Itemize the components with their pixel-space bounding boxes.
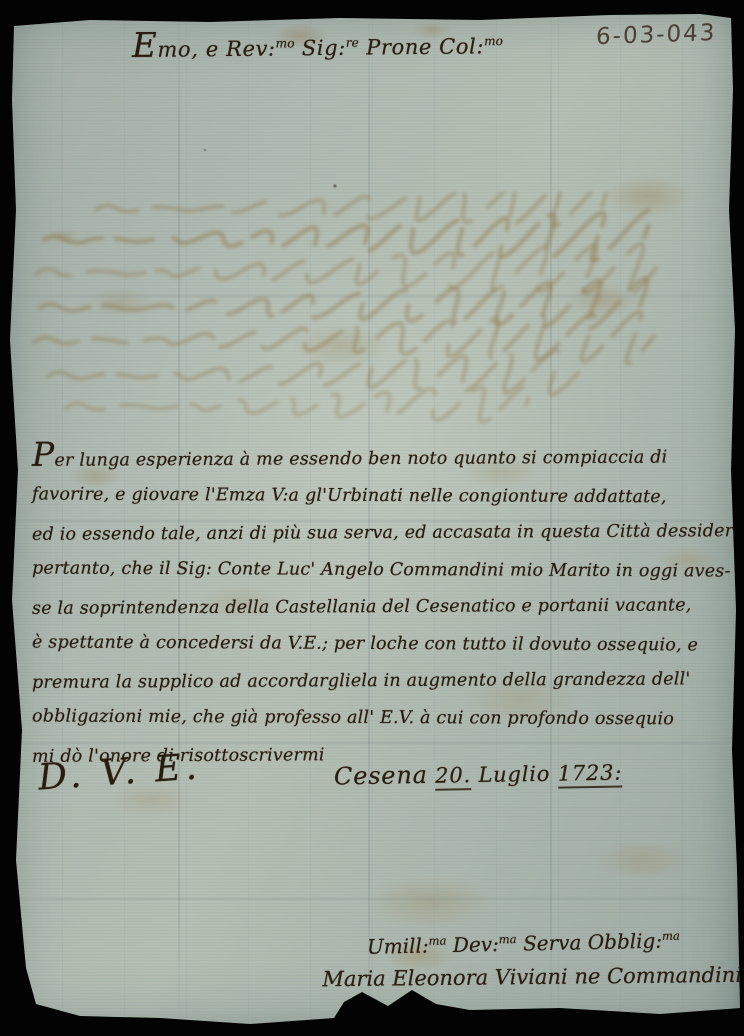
salutation-superscript: mo [276, 36, 295, 50]
signature-superscript: ma [428, 933, 446, 947]
body-line: obbligazioni mie, che già professo all' … [32, 698, 738, 738]
salutation-text: Prone Col: [359, 34, 484, 59]
signature-text: Umill: [367, 934, 429, 959]
dateline-month: Luglio [471, 762, 558, 788]
dateline-day: 20. [435, 763, 471, 791]
body-line: è spettante à concedersi da V.E.; per lo… [32, 624, 738, 664]
salutation-text: Sig: [294, 36, 346, 61]
dateline: Cesena 20. Luglio 1723: [334, 757, 623, 790]
archive-reference-number: 6-03-043 [596, 20, 717, 50]
signature-text: Serva Obblig: [516, 929, 662, 956]
salutation-superscript: mo [484, 34, 503, 48]
signature-superscript: ma [499, 932, 517, 946]
signature-line-name: Maria Eleonora Viviani ne Commandini [322, 963, 742, 991]
body-line: se la soprintendenza della Castellania d… [32, 587, 738, 628]
photo-background: Emo, e Rev:mo Sig:re Prone Col:mo 6-03-0… [0, 0, 744, 1036]
body-line: ed io essendo tale, anzi di più sua serv… [32, 513, 738, 554]
signature-block: Umill:ma Dev:ma Serva Obblig:ma Maria El… [322, 932, 742, 989]
signature-superscript: ma [662, 929, 680, 943]
signature-line-courtesy: Umill:ma Dev:ma Serva Obblig:ma [322, 928, 680, 959]
dateline-year: 1723: [557, 760, 622, 788]
letter-body: Per lunga esperienza à me essendo ben no… [32, 434, 738, 774]
body-line: favorire, e giovare l'Emza V:a gl'Urbina… [32, 476, 738, 516]
body-line: Per lunga esperienza à me essendo ben no… [32, 432, 738, 480]
body-line: premura la supplico ad accordargliela in… [32, 661, 738, 702]
fold-crease-horizontal [0, 898, 744, 900]
salutation-superscript: re [346, 36, 359, 50]
salutation-text: Emo, e Rev: [132, 36, 276, 62]
body-line: pertanto, che il Sig: Conte Luc' Angelo … [32, 550, 738, 590]
bleedthrough-ink [26, 192, 718, 438]
salutation: Emo, e Rev:mo Sig:re Prone Col:mo [132, 22, 512, 66]
signature-text: Dev: [446, 932, 499, 957]
dateline-place: Cesena [334, 761, 428, 791]
manuscript-paper: Emo, e Rev:mo Sig:re Prone Col:mo 6-03-0… [0, 0, 744, 1036]
